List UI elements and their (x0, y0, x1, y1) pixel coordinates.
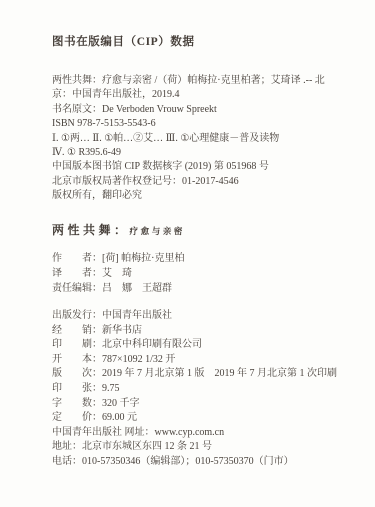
cip-record-block: 两性共舞：疗愈与亲密 /（荷）帕梅拉·克里柏著；艾琦译 .-- 北京：中国青年出… (52, 74, 343, 204)
printer-row: 印 刷：北京中科印刷有限公司 (52, 338, 337, 353)
book-title-subtitle: 疗愈与亲密 (130, 226, 186, 236)
distributor-label: 经 销： (52, 324, 102, 339)
printer-label: 印 刷： (52, 338, 102, 353)
author-label: 作 者： (52, 251, 102, 266)
translator-row: 译 者：艾 琦 (52, 266, 185, 281)
cip-page: 图书在版编目（CIP）数据 两性共舞：疗愈与亲密 /（荷）帕梅拉·克里柏著；艾琦… (0, 0, 375, 507)
edition-value: 2019 年 7 月北京第 1 版 2019 年 7 月北京第 1 次印刷 (102, 367, 337, 382)
format-row: 开 本：787×1092 1/32 开 (52, 353, 337, 368)
address-line: 地址：北京市东城区东四 12 条 21 号 (52, 440, 337, 455)
sheets-row: 印 张：9.75 (52, 382, 337, 397)
distributor-value: 新华书店 (102, 324, 142, 339)
edition-label: 版 次： (52, 367, 102, 382)
price-label: 定 价： (52, 411, 102, 426)
cip-heading: 图书在版编目（CIP）数据 (52, 33, 195, 49)
rights-notice-line: 版权所有，翻印必究 (52, 189, 343, 203)
sheets-label: 印 张： (52, 382, 102, 397)
editor-value: 吕 娜 王超群 (102, 281, 172, 296)
wordcount-label: 字 数： (52, 397, 102, 412)
copyright-registry-line: 北京市版权局著作权登记号：01-2017-4546 (52, 175, 343, 189)
classification-line-2: Ⅳ. ① R395.6-49 (52, 146, 343, 160)
sheets-value: 9.75 (102, 382, 120, 397)
format-value: 787×1092 1/32 开 (102, 353, 175, 368)
isbn-line: ISBN 978-7-5153-5543-6 (52, 117, 343, 131)
cip-registry-line: 中国版本图书馆 CIP 数据核字 (2019) 第 051968 号 (52, 160, 343, 174)
publisher-label: 出版发行： (52, 309, 102, 324)
phone-line: 电话：010-57350346（编辑部）；010-57350370（门市） (52, 455, 337, 470)
cip-description-line: 两性共舞：疗愈与亲密 /（荷）帕梅拉·克里柏著；艾琦译 .-- 北京：中国青年出… (52, 74, 343, 103)
distributor-row: 经 销：新华书店 (52, 324, 337, 339)
publisher-row: 出版发行：中国青年出版社 (52, 309, 337, 324)
format-label: 开 本： (52, 353, 102, 368)
editor-label: 责任编辑： (52, 281, 102, 296)
edition-row: 版 次：2019 年 7 月北京第 1 版 2019 年 7 月北京第 1 次印… (52, 367, 337, 382)
publisher-value: 中国青年出版社 (102, 309, 172, 324)
wordcount-row: 字 数：320 千字 (52, 397, 337, 412)
translator-value: 艾 琦 (102, 266, 132, 281)
wordcount-value: 320 千字 (102, 397, 140, 412)
price-row: 定 价：69.00 元 (52, 411, 337, 426)
price-value: 69.00 元 (102, 411, 137, 426)
book-title: 两性共舞：疗愈与亲密 (52, 221, 185, 239)
author-row: 作 者：[荷] 帕梅拉·克里柏 (52, 251, 185, 266)
book-title-main: 两性共舞： (52, 223, 130, 237)
editor-row: 责任编辑：吕 娜 王超群 (52, 281, 185, 296)
publishing-block: 出版发行：中国青年出版社 经 销：新华书店 印 刷：北京中科印刷有限公司 开 本… (52, 309, 337, 470)
translator-label: 译 者： (52, 266, 102, 281)
original-title-line: 书名原文：De Verboden Vrouw Spreekt (52, 103, 343, 117)
author-value: [荷] 帕梅拉·克里柏 (102, 251, 185, 266)
website-line: 中国青年出版社 网址：www.cyp.com.cn (52, 426, 337, 441)
credits-block: 作 者：[荷] 帕梅拉·克里柏 译 者：艾 琦 责任编辑：吕 娜 王超群 (52, 251, 185, 296)
printer-value: 北京中科印刷有限公司 (102, 338, 202, 353)
classification-line-1: Ⅰ. ①两… Ⅱ. ①帕…②艾… Ⅲ. ①心理健康－普及读物 (52, 132, 343, 146)
